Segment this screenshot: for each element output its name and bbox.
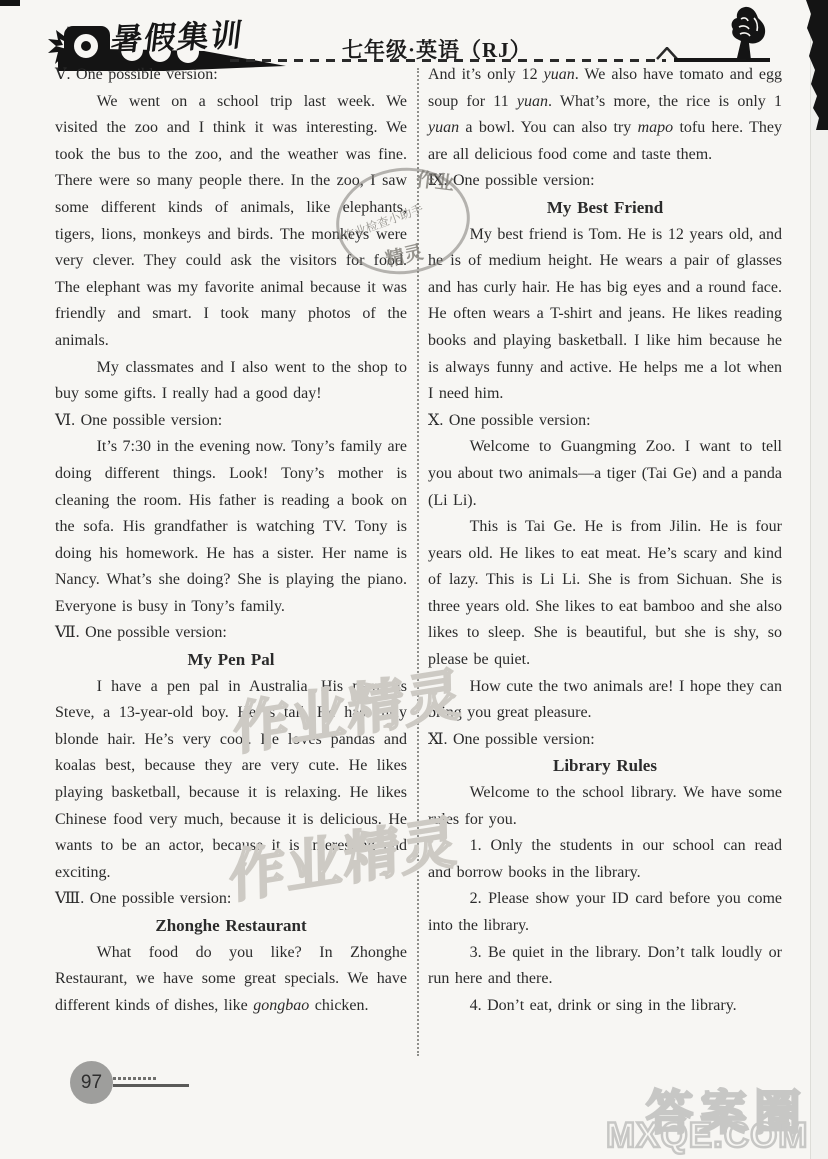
scan-artifact-top-left (0, 0, 20, 6)
paragraph: What food do you like? In Zhonghe Restau… (55, 940, 407, 1020)
essay-title: Library Rules (428, 753, 782, 780)
paragraph: 2. Please show your ID card before you c… (428, 886, 782, 939)
paragraph: 3. Be quiet in the library. Don’t talk l… (428, 940, 782, 993)
section-label: Ⅹ. One possible version: (428, 408, 782, 435)
page-number-badge: 97 (70, 1061, 113, 1104)
paragraph: And it’s only 12 yuan. We also have toma… (428, 62, 782, 168)
paragraph: My classmates and I also went to the sho… (55, 355, 407, 408)
essay-title: Zhonghe Restaurant (55, 913, 407, 940)
section-label: Ⅸ. One possible version: (428, 168, 782, 195)
site-watermark-url: MXQE.COM (606, 1116, 808, 1156)
page-number: 97 (81, 1072, 102, 1094)
site-watermark-name: 答案圈 (646, 1076, 808, 1143)
paragraph: 4. Don’t eat, drink or sing in the libra… (428, 993, 782, 1020)
torn-page-edge (804, 0, 828, 130)
page-badge-line-solid (113, 1084, 189, 1087)
paragraph: We went on a school trip last week. We v… (55, 89, 407, 355)
paragraph: Welcome to Guangming Zoo. I want to tell… (428, 434, 782, 514)
essay-title: My Best Friend (428, 195, 782, 222)
paragraph: How cute the two animals are! I hope the… (428, 674, 782, 727)
paragraph: Welcome to the school library. We have s… (428, 780, 782, 833)
right-column: And it’s only 12 yuan. We also have toma… (428, 62, 782, 1019)
section-label: Ⅵ. One possible version: (55, 408, 407, 435)
paragraph: I have a pen pal in Australia. His name … (55, 674, 407, 887)
fist-icon (727, 6, 771, 60)
paragraph: My best friend is Tom. He is 12 years ol… (428, 222, 782, 408)
section-label: Ⅺ. One possible version: (428, 727, 782, 754)
column-divider (417, 68, 419, 1056)
series-logo-text: 暑假集训 (109, 10, 247, 60)
logo-badge-icon (64, 26, 110, 66)
page-edge-strip (810, 0, 828, 1159)
scanned-workbook-page: 暑假集训 七年级·英语（RJ） Ⅴ. One possible version:… (0, 0, 828, 1159)
section-label: Ⅷ. One possible version: (55, 886, 407, 913)
essay-title: My Pen Pal (55, 647, 407, 674)
section-label: Ⅶ. One possible version: (55, 620, 407, 647)
left-column: Ⅴ. One possible version:We went on a sch… (55, 62, 407, 1019)
paragraph: 1. Only the students in our school can r… (428, 833, 782, 886)
page-badge-line-dotted (113, 1077, 157, 1080)
paragraph: This is Tai Ge. He is from Jilin. He is … (428, 514, 782, 674)
paragraph: It’s 7:30 in the evening now. Tony’s fam… (55, 434, 407, 620)
section-label: Ⅴ. One possible version: (55, 62, 407, 89)
